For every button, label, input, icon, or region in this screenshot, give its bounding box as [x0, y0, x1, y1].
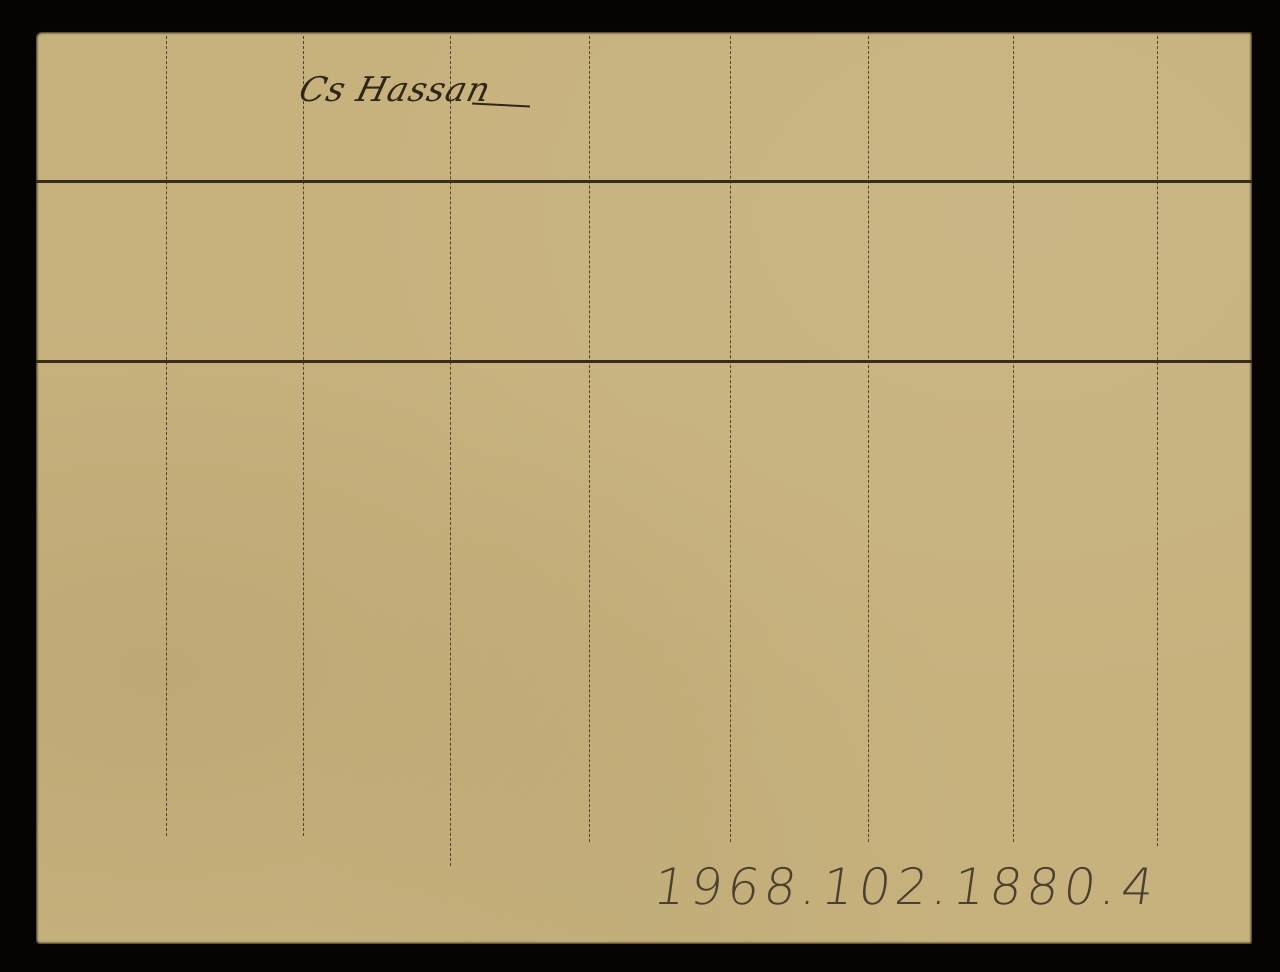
column-rule-7: [1013, 36, 1014, 842]
paper-card: Cs Hassan 1968.102.1880.4: [36, 32, 1252, 944]
column-rule-8: [1157, 36, 1158, 846]
column-rule-2: [303, 36, 304, 836]
column-rule-1: [166, 36, 167, 836]
column-rule-5: [730, 36, 731, 842]
horizontal-rule-bottom: [36, 360, 1252, 363]
horizontal-rule-top: [36, 180, 1252, 183]
handwritten-signature: Cs Hassan: [295, 70, 495, 110]
column-rule-3: [450, 36, 451, 866]
column-rule-6: [868, 36, 869, 842]
accession-number: 1968.102.1880.4: [650, 858, 1163, 916]
column-rule-4: [589, 36, 590, 842]
